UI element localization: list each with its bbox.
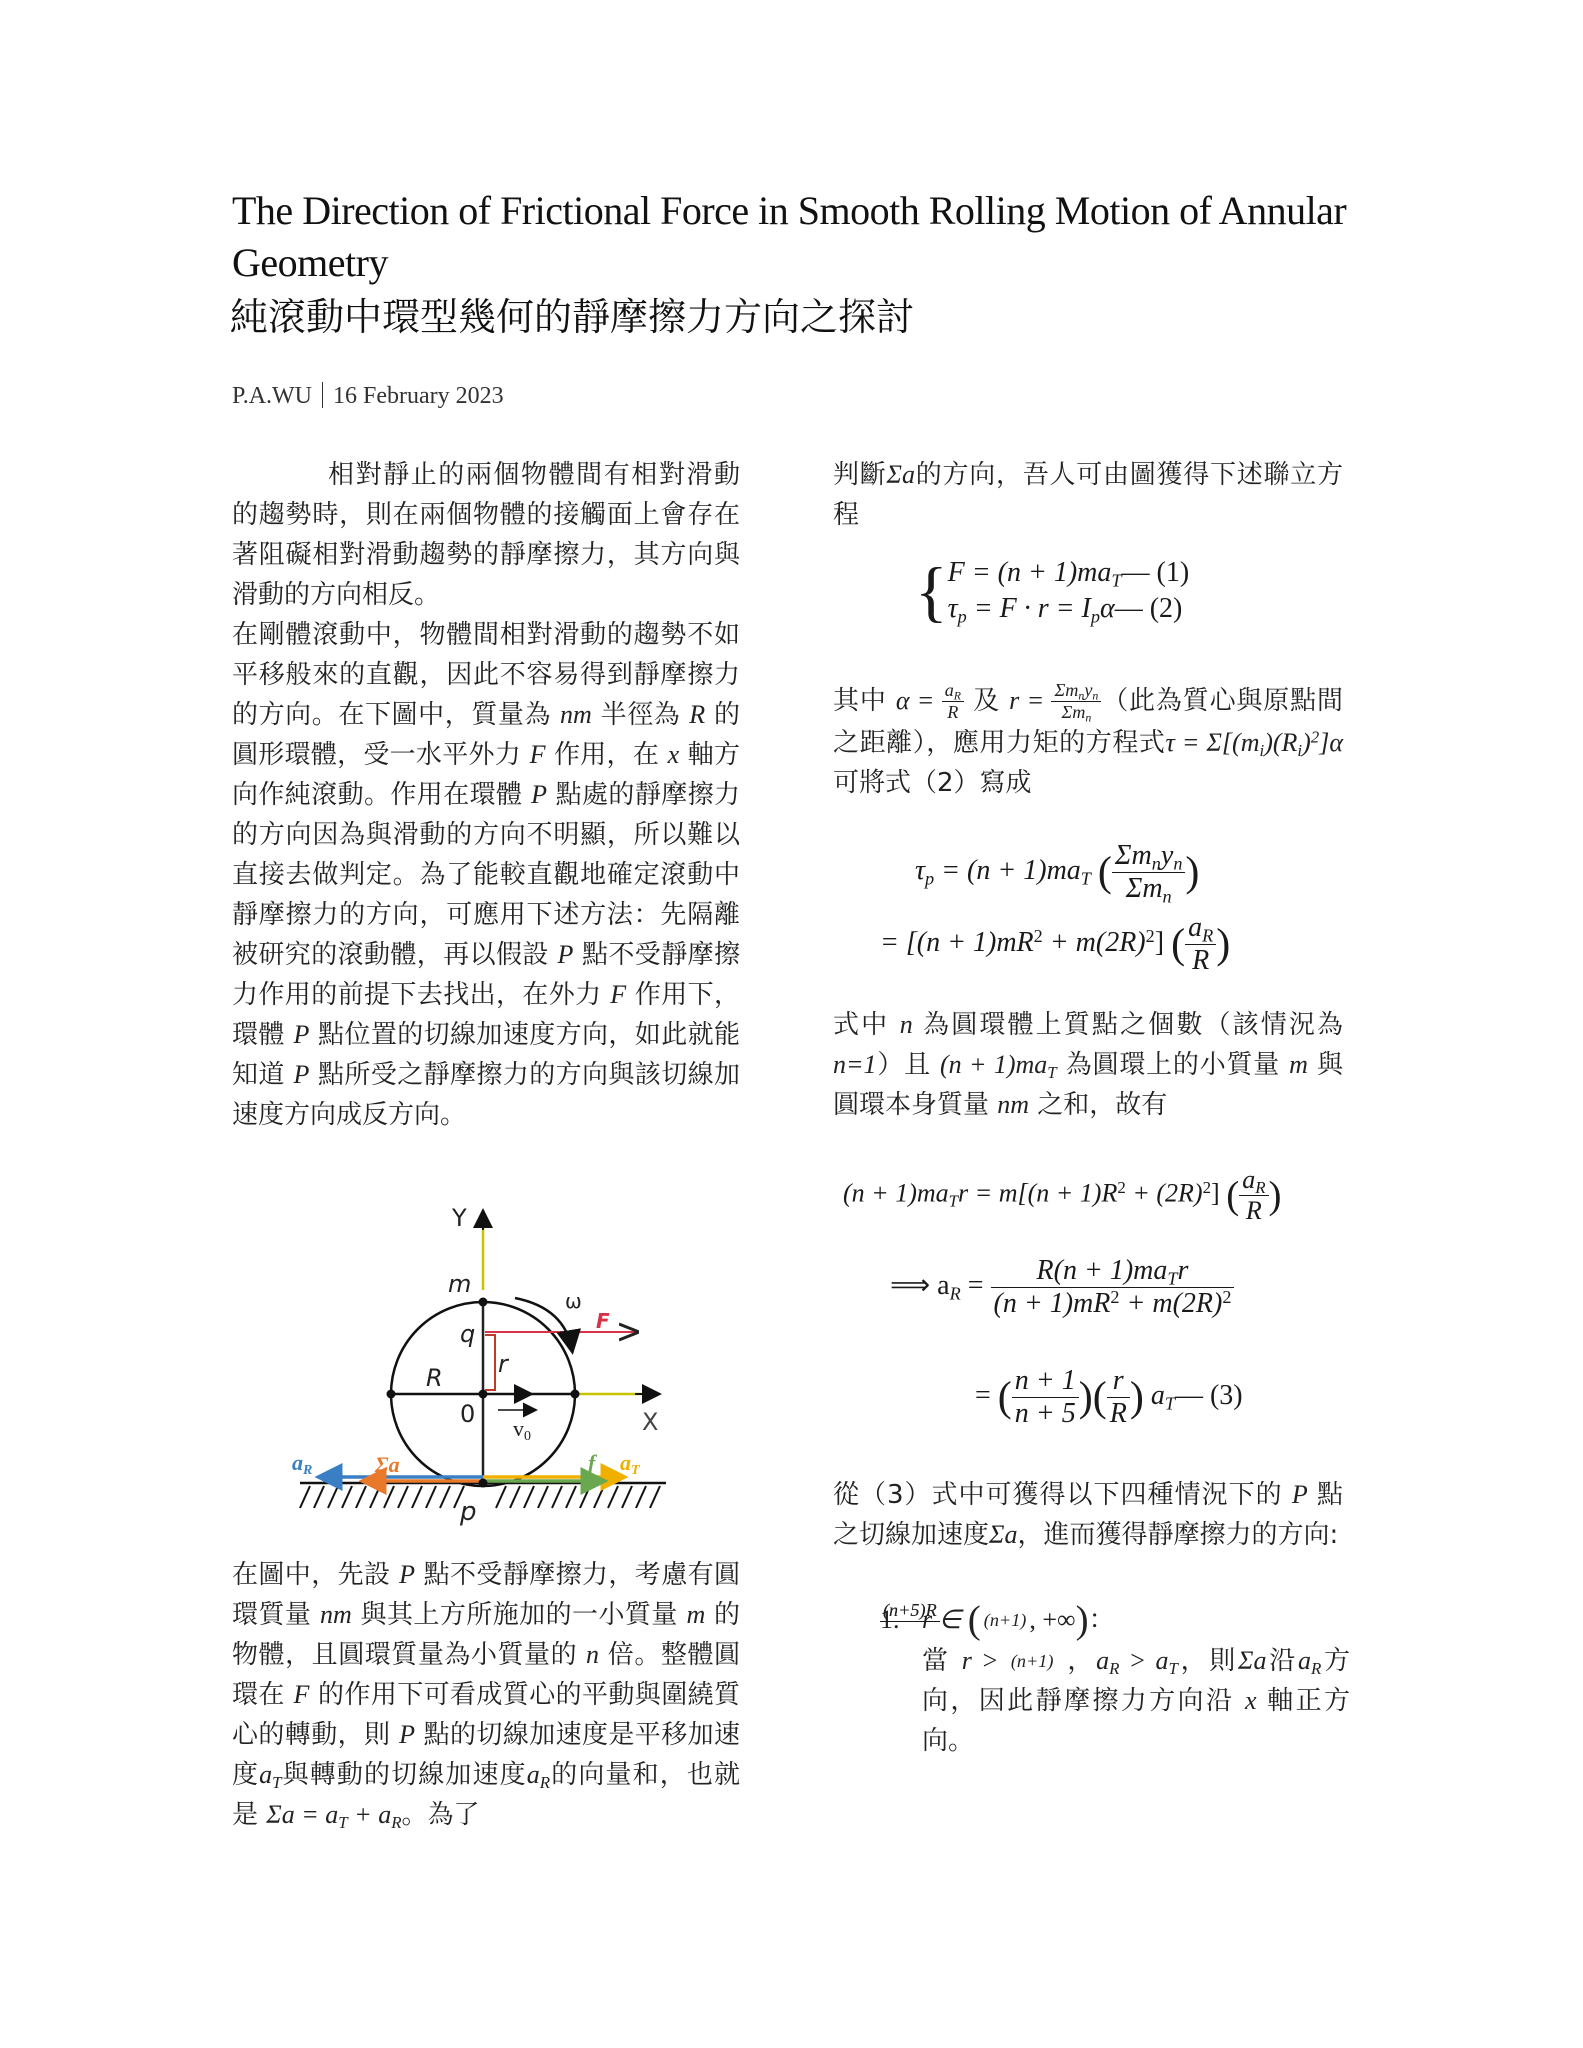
cases-intro: 從（3）式中可獲得以下四種情況下的 P 點之切線加速度Σa，進而獲得靜摩擦力的方… <box>833 1475 1343 1555</box>
explain-paragraph: 式中 n 為圓環體上質點之個數（該情況為 n=1）且 (n + 1)maT 為圓… <box>833 1005 1343 1125</box>
y-axis-label: Y <box>451 1204 467 1232</box>
r-label: r <box>498 1350 510 1378</box>
equation-b: ⟹ aR = R(n + 1)maTr(n + 1)mR2 + m(2R)2 <box>890 1255 1234 1320</box>
origin-label: 0 <box>460 1400 475 1428</box>
q-label: q <box>460 1320 475 1348</box>
a-T-label: aT <box>620 1450 641 1478</box>
equation-system: { F = (n + 1)maT— (1) τp = F · r = Ipα— … <box>915 555 1189 627</box>
paragraph-method: 在剛體滾動中，物體間相對滑動的趨勢不如平移般來的直觀，因此不容易得到靜摩擦力的方… <box>232 615 740 1135</box>
torque-equation-line2: = [(n + 1)mR2 + m(2R)2] (aRR) <box>880 912 1230 977</box>
equation-c: = (n + 1n + 5)(rR) aT— (3) <box>975 1365 1243 1430</box>
left-column: 相對靜止的兩個物體間有相對滑動的趨勢時，則在兩個物體的接觸面上會存在著阻礙相對滑… <box>232 455 740 615</box>
date: 16 February 2023 <box>333 383 504 409</box>
byline-divider <box>322 382 323 408</box>
r-bracket <box>485 1335 495 1390</box>
where-paragraph: 其中 α = aRR 及 r = ΣmnynΣmn（此為質心與原點間之距離），應… <box>833 680 1343 803</box>
sigma-a-label: Σa <box>374 1452 400 1477</box>
paper-title-english: The Direction of Frictional Force in Smo… <box>232 185 1352 289</box>
rolling-ring-diagram: Y X m q R r 0 ω p v0 F aR Σa f aT <box>280 1190 700 1530</box>
cases-list: 1. r ∈ ((n+5)R(n+1), +∞)： 當 r > (n+5)R(n… <box>880 1600 1350 1761</box>
ground-hatch <box>300 1486 660 1508</box>
case-item-1: 1. r ∈ ((n+5)R(n+1), +∞)： 當 r > (n+5)R(n… <box>880 1600 1350 1761</box>
paragraph-intro: 相對靜止的兩個物體間有相對滑動的趨勢時，則在兩個物體的接觸面上會存在著阻礙相對滑… <box>232 455 740 615</box>
force-label: F <box>596 1309 610 1333</box>
x-axis-label: X <box>642 1408 658 1436</box>
paragraph-analysis: 在圖中，先設 P 點不受靜摩擦力，考慮有圓環質量 nm 與其上方所施加的一小質量… <box>232 1555 740 1835</box>
author: P.A.WU <box>232 383 312 409</box>
right-intro: 判斷Σa的方向，吾人可由圖獲得下述聯立方程 <box>833 455 1343 535</box>
mass-label: m <box>448 1270 471 1298</box>
byline: P.A.WU16 February 2023 <box>232 382 504 410</box>
paper-title-chinese: 純滾動中環型幾何的靜摩擦力方向之探討 <box>230 292 914 342</box>
a-R-label: aR <box>292 1450 312 1478</box>
radius-label: R <box>426 1364 443 1392</box>
omega-label: ω <box>565 1289 582 1313</box>
velocity-label: v0 <box>513 1416 531 1444</box>
friction-label: f <box>588 1450 598 1475</box>
equation-a: (n + 1)maTr = m[(n + 1)R2 + (2R)2] (aRR) <box>843 1165 1282 1226</box>
p-label: p <box>459 1497 477 1527</box>
torque-equation-line1: τp = (n + 1)maT (ΣmnynΣmn) <box>915 840 1199 905</box>
